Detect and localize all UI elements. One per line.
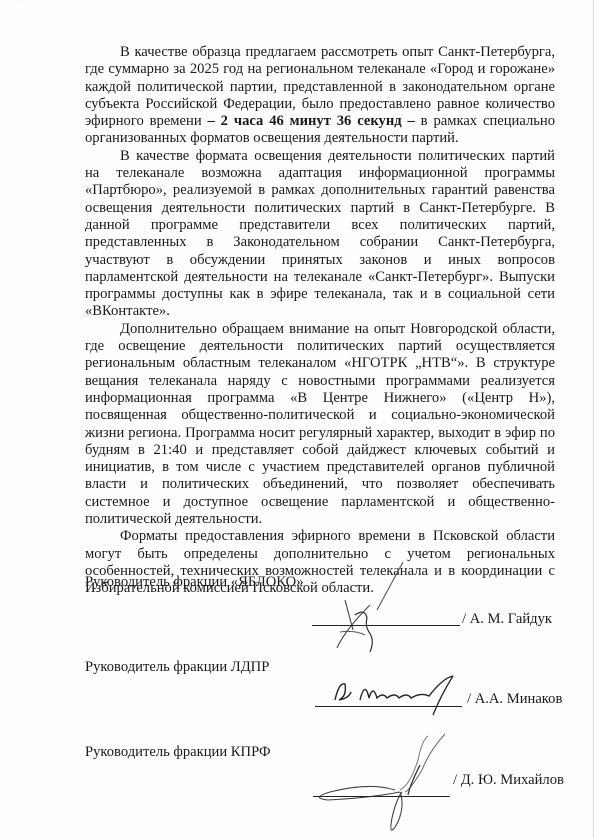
signature-line: [315, 706, 462, 707]
scan-artifact: [14, 0, 92, 6]
signatory-name: / Д. Ю. Михайлов: [453, 772, 564, 789]
signatory-role: Руководитель фракции «ЯБЛОКО»: [85, 574, 304, 591]
signatory-role: Руководитель фракции КПРФ: [85, 744, 270, 761]
handwritten-signature-icon: [325, 670, 475, 720]
handwritten-signature-icon: [325, 560, 415, 655]
paragraph-spb-airtime: В качестве образца предлагаем рассмотрет…: [85, 44, 555, 148]
document-page: В качестве образца предлагаем рассмотрет…: [0, 0, 594, 838]
signature-line: [312, 625, 460, 626]
paragraph-novgorod: Дополнительно обращаем внимание на опыт …: [85, 321, 555, 529]
signature-block-yabloko: Руководитель фракции «ЯБЛОКО» / А. М. Га…: [0, 565, 594, 665]
handwritten-signature-icon: [310, 730, 460, 835]
signatory-name: / А. М. Гайдук: [462, 611, 552, 628]
signature-line: [313, 796, 450, 797]
document-body: В качестве образца предлагаем рассмотрет…: [85, 44, 555, 598]
airtime-duration: – 2 часа 46 минут 36 секунд –: [208, 113, 415, 129]
signatory-name: / А.А. Минаков: [467, 691, 562, 708]
signature-block-kprf: Руководитель фракции КПРФ / Д. Ю. Михайл…: [0, 730, 594, 830]
paragraph-partburo: В качестве формата освещения деятельност…: [85, 148, 555, 321]
signatory-role: Руководитель фракции ЛДПР: [85, 659, 269, 676]
